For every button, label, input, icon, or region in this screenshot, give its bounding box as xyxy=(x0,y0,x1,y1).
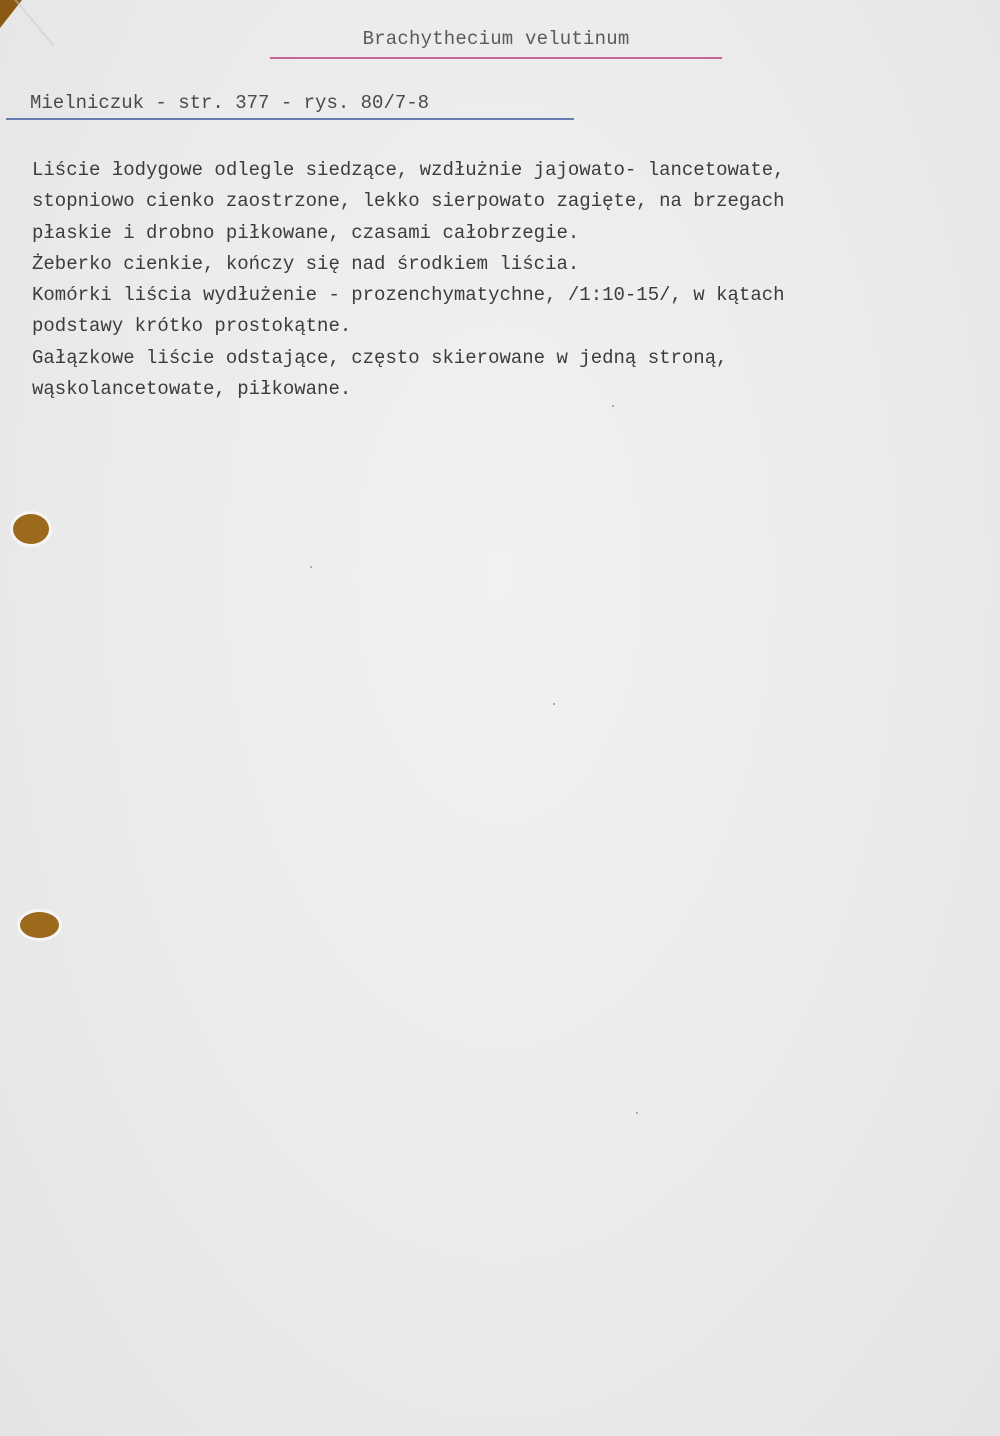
paper-speck xyxy=(612,405,614,407)
text-line: Komórki liścia wydłużenie - prozenchymat… xyxy=(32,280,932,311)
paper-speck xyxy=(553,703,555,705)
text-line: wąskolancetowate, piłkowane. xyxy=(32,374,932,405)
reference-line: Mielniczuk - str. 377 - rys. 80/7-8 xyxy=(30,92,429,114)
text-line: Gałązkowe liście odstające, często skier… xyxy=(32,343,932,374)
text-line: stopniowo cienko zaostrzone, lekko sierp… xyxy=(32,186,932,217)
text-line: podstawy krótko prostokątne. xyxy=(32,311,932,342)
title-underline xyxy=(270,57,722,59)
text-line: Liście łodygowe odlegle siedzące, wzdłuż… xyxy=(32,155,932,186)
punch-hole-lower xyxy=(20,912,59,938)
text-line: Żeberko cienkie, kończy się nad środkiem… xyxy=(32,249,932,280)
text-line: płaskie i drobno piłkowane, czasami cało… xyxy=(32,218,932,249)
reference-underline xyxy=(6,118,574,120)
paper-speck xyxy=(636,1112,638,1114)
description-text: Liście łodygowe odlegle siedzące, wzdłuż… xyxy=(32,155,932,405)
paper-speck xyxy=(310,566,312,568)
punch-hole-upper xyxy=(13,514,49,544)
species-title: Brachythecium velutinum xyxy=(270,28,722,50)
typewritten-page: Brachythecium velutinum Mielniczuk - str… xyxy=(0,0,1000,1436)
